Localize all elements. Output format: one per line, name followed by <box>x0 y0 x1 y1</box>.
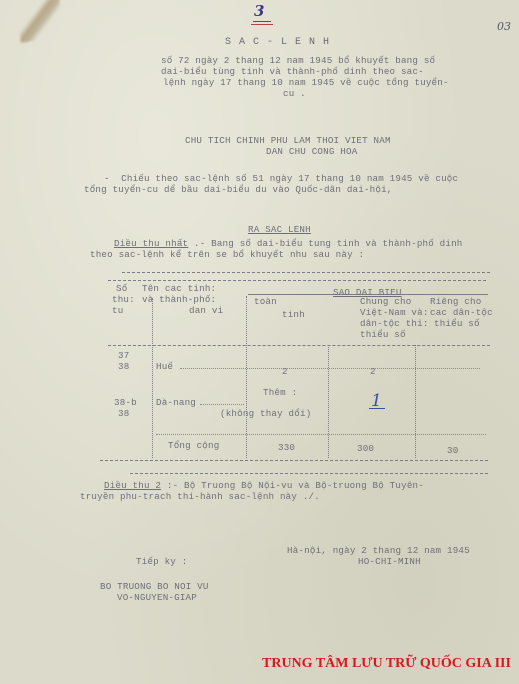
countersigner-name: VO-NGUYEN-GIAP <box>117 592 197 603</box>
row-name: Dà-nang <box>156 397 196 408</box>
row-no: 38 <box>118 361 129 372</box>
row-total-note: Thêm : <box>263 387 297 398</box>
row-name-note: (không thay dổi) <box>220 408 311 419</box>
header-total: tinh <box>282 309 305 320</box>
row-total: 2 <box>282 366 288 377</box>
article1-line1: Diều thu nhất .- Bang số dai-biểu tung t… <box>114 238 463 249</box>
document-title: S A C - L E N H <box>225 37 330 48</box>
table-top-rule <box>122 272 490 273</box>
header-name: Tên cac tinh: <box>142 283 216 294</box>
total-label: Tổng cộng <box>168 440 219 451</box>
header-bottom-rule <box>108 345 490 346</box>
table-bottom-rule-2 <box>130 473 488 474</box>
column-separator <box>328 345 329 458</box>
countersigner-title: BO TRUONG BO NOI VU <box>100 581 209 592</box>
decree-heading: RA SAC LENH <box>248 224 311 235</box>
table-bottom-rule <box>100 460 488 461</box>
subtitle-line: lệnh ngày 17 thang 10 nam 1945 về cuộc t… <box>163 77 449 88</box>
article1-text: .- Bang số dai-biểu tung tinh và thành-p… <box>188 238 462 249</box>
header-no: Số <box>116 283 127 294</box>
header-minority: Riêng cho <box>430 296 481 307</box>
handwritten-underline-red <box>251 24 273 25</box>
archive-watermark: TRUNG TÂM LƯU TRỮ QUỐC GIA III <box>262 656 511 672</box>
subtitle-line: số 72 ngày 2 thang 12 nam 1945 bổ khuyết… <box>161 55 435 66</box>
table-top-rule-2 <box>108 280 486 281</box>
header-common: thiểu số <box>360 329 406 340</box>
header-common: Chung cho <box>360 296 411 307</box>
row-leader-dots <box>200 404 244 405</box>
handwritten-underline <box>369 408 385 409</box>
header-minority: cac dân-tộc <box>430 307 493 318</box>
preamble-line: tổng tuyển-cu dể bầu dai-biểu du vào Quố… <box>84 184 393 195</box>
row-no: 38-b <box>114 397 137 408</box>
subtitle-line: cu . <box>283 88 306 99</box>
total-leader-dots <box>156 434 486 435</box>
signer-name: HO-CHI-MINH <box>358 556 421 567</box>
page-number: 03 <box>497 20 511 33</box>
header-no: tu <box>112 305 123 316</box>
subtitle-line: dai-biểu tùng tinh và thành-phố dinh the… <box>161 66 424 77</box>
article2-line2: truyền phu-trach thi-hành sac-lệnh này .… <box>80 491 320 502</box>
header-common: Việt-Nam và: <box>360 307 429 318</box>
total-value: 330 <box>278 442 295 453</box>
article1-line2: theo sac-lệnh kể trên se bổ khuyết nhu s… <box>90 249 364 260</box>
handwritten-underline <box>253 21 271 22</box>
article1-label: Diều thu nhất <box>114 238 188 249</box>
article2-text: :- Bộ Truong Bộ Nội-vu và Bộ-truong Bộ T… <box>161 480 424 491</box>
row-common: 2 <box>370 366 376 377</box>
article2-line1: Diều thu 2 :- Bộ Truong Bộ Nội-vu và Bộ-… <box>104 480 424 491</box>
countersign-label: Tiếp ky : <box>136 556 187 567</box>
row-no: 38 <box>118 408 129 419</box>
issuer-line: DAN CHU CONG HOA <box>266 146 357 157</box>
header-minority: thiểu số <box>434 318 480 329</box>
column-separator <box>415 345 416 458</box>
row-leader-dots <box>180 368 480 369</box>
row-no: 37 <box>118 350 129 361</box>
place-date: Hà-nội, ngày 2 thang 12 nam 1945 <box>287 545 470 556</box>
row-name: Huế <box>156 361 173 372</box>
header-name: và thành-phố: <box>142 294 216 305</box>
paper-stain <box>15 0 64 43</box>
header-name: dan vi <box>189 305 223 316</box>
issuer-line: CHU TICH CHINH PHU LAM THOI VIET NAM <box>185 135 391 146</box>
header-common: dân-tộc thi: <box>360 318 429 329</box>
article2-label: Diều thu 2 <box>104 480 161 491</box>
column-separator <box>152 298 153 458</box>
preamble-line: - Chiếu theo sac-lệnh số 51 ngày 17 than… <box>104 173 458 184</box>
common-total-value: 300 <box>357 443 374 454</box>
header-no: thu: <box>112 294 135 305</box>
handwritten-number: 3 <box>254 2 264 20</box>
header-total: toàn <box>254 296 277 307</box>
minority-total-value: 30 <box>447 445 458 456</box>
